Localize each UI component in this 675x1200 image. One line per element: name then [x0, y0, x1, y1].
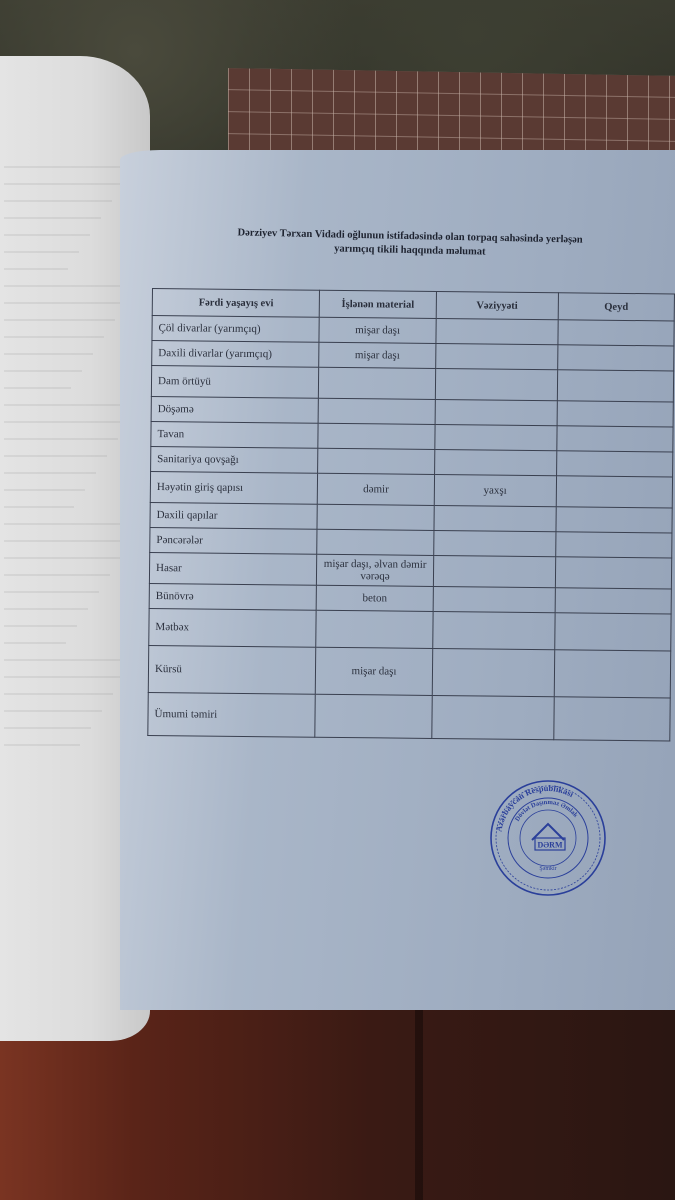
row-item: Ümumi təmiri [148, 692, 316, 737]
row-state [434, 424, 557, 450]
stamp-inner-text: Dövlət Daşınmaz Əmlak [514, 799, 579, 823]
show-through-text-line [4, 285, 137, 287]
row-state [433, 530, 556, 556]
show-through-text-line [4, 727, 91, 729]
table-row: Ümumi təmiri [148, 692, 670, 740]
show-through-text-line [4, 489, 85, 491]
row-state [433, 586, 556, 612]
row-note [558, 320, 674, 346]
row-material: mişar daşı [319, 342, 435, 368]
show-through-text-line [4, 557, 121, 559]
row-item: Dam örtüyü [151, 366, 319, 399]
stamp-bottom-text: Şəmkir [539, 866, 556, 872]
show-through-text-line [4, 302, 126, 304]
show-through-text-line [4, 455, 107, 457]
row-item: Daxili divarlar (yarımçıq) [152, 341, 320, 368]
show-through-text-line [4, 370, 82, 372]
header-item: Fərdi yaşayış evi [152, 289, 320, 318]
row-item: Bünövrə [149, 583, 317, 610]
show-through-text-line [4, 642, 66, 644]
show-through-text-line [4, 166, 134, 168]
row-state [434, 505, 557, 531]
show-through-text-line [4, 693, 113, 695]
show-through-text-line [4, 676, 124, 678]
row-state [432, 648, 555, 696]
show-through-text-line [4, 710, 102, 712]
row-note [555, 588, 671, 614]
row-material [318, 448, 434, 474]
row-material: beton [317, 585, 433, 611]
header-note: Qeyd [558, 293, 674, 321]
table-row: Mətbəx [149, 608, 671, 650]
show-through-text-line [4, 200, 112, 202]
show-through-text-line [4, 217, 101, 219]
row-material [318, 423, 434, 449]
row-item: Pəncərələr [150, 527, 318, 554]
row-note [557, 370, 673, 402]
building-info-table: Fərdi yaşayış evi İşlənən material Vəziy… [147, 288, 675, 741]
row-material: dəmir [318, 473, 434, 505]
row-state [435, 368, 558, 400]
row-note [554, 650, 671, 698]
row-note [557, 426, 673, 452]
row-note [555, 557, 671, 589]
row-material: mişar daşı [319, 317, 435, 343]
row-item: Həyətin giriş qapısı [150, 471, 318, 504]
svg-text:Dövlət Daşınmaz Əmlak: Dövlət Daşınmaz Əmlak [514, 799, 579, 823]
row-note [556, 532, 672, 558]
official-stamp: Azərbaycan Respublikası Dövlət Daşınmaz … [488, 778, 608, 898]
row-material [317, 504, 433, 530]
show-through-text-line [4, 591, 99, 593]
show-through-text-line [4, 183, 123, 185]
row-material [319, 367, 435, 399]
row-material: mişar daşı, əlvan dəmir vərəqə [317, 554, 433, 586]
show-through-text-line [4, 353, 93, 355]
show-through-text-line [4, 540, 132, 542]
show-through-text-line [4, 234, 90, 236]
row-material [316, 610, 432, 648]
row-item: Daxili qapılar [150, 502, 318, 529]
show-through-text-line [4, 421, 129, 423]
row-material [317, 529, 433, 555]
row-state [432, 611, 555, 649]
show-through-text-line [4, 472, 96, 474]
row-note [554, 697, 671, 741]
row-state [435, 399, 558, 425]
stamp-logo: DƏRM [537, 841, 562, 850]
row-state [431, 695, 554, 739]
show-through-text-line [4, 659, 135, 661]
show-through-text-line [4, 438, 118, 440]
table-row: Kürsümişar daşı [148, 645, 670, 697]
row-note [556, 476, 672, 508]
show-through-text-line [4, 744, 80, 746]
row-state [436, 318, 559, 344]
row-state [435, 343, 558, 369]
row-note [556, 507, 672, 533]
row-item: Mətbəx [149, 608, 317, 647]
show-through-text-line [4, 387, 71, 389]
row-note [558, 345, 674, 371]
row-material [315, 694, 432, 738]
show-through-text-line [4, 319, 115, 321]
show-through-text-line [4, 608, 88, 610]
row-item: Tavan [151, 421, 319, 448]
row-item: Hasar [149, 552, 317, 585]
row-note [556, 451, 672, 477]
row-state: yaxşı [434, 474, 557, 506]
row-item: Kürsü [148, 645, 316, 694]
show-through-text-line [4, 506, 74, 508]
header-state: Vəziyyəti [436, 291, 559, 319]
show-through-text-line [4, 336, 104, 338]
show-through-text-line [4, 251, 79, 253]
show-through-text-line [4, 268, 68, 270]
row-note [555, 613, 672, 651]
show-through-text-line [4, 625, 77, 627]
row-state [433, 555, 556, 587]
row-material [319, 398, 435, 424]
header-material: İşlənən material [320, 290, 436, 318]
row-material: mişar daşı [316, 647, 433, 695]
row-item: Döşəmə [151, 396, 319, 423]
row-note [557, 401, 673, 427]
row-item: Çöl divarlar (yarımçıq) [152, 316, 320, 343]
row-item: Sanitariya qovşağı [151, 446, 319, 473]
show-through-text-line [4, 574, 110, 576]
row-state [434, 449, 557, 475]
